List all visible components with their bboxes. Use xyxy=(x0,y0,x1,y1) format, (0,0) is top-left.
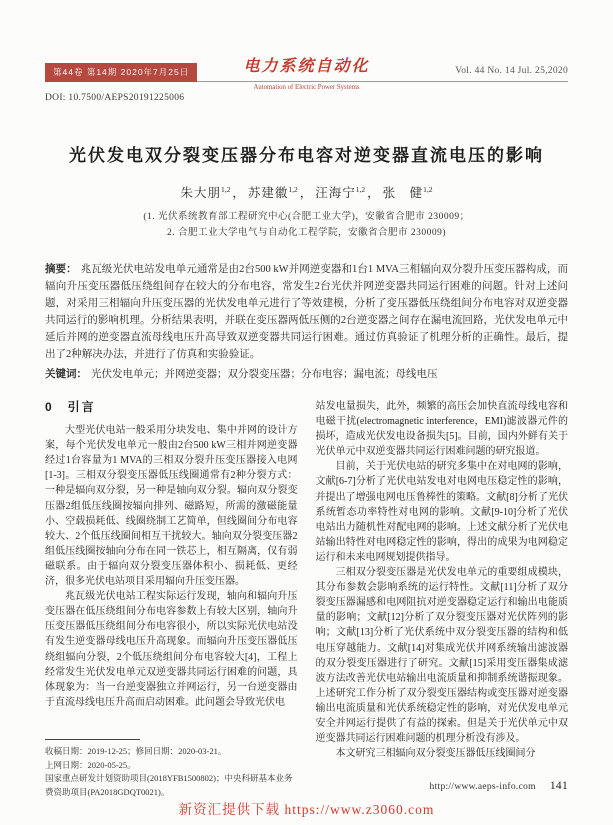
author-name: 朱大朋 xyxy=(180,186,221,200)
volume-info: Vol. 44 No. 14 Jul. 25,2020 xyxy=(455,66,568,76)
author-affil-sup: 1,2 xyxy=(423,185,432,194)
download-watermark: 新资汇提供下载 https://www.z3060.com xyxy=(0,798,613,818)
abstract-label: 摘要： xyxy=(45,263,77,275)
doi-text: DOI: 10.7500/AEPS20191225006 xyxy=(45,93,568,103)
body-paragraph: 本文研究三相辐向双分裂变压器低压线圈间分 xyxy=(316,746,569,761)
author-name: 张 健 xyxy=(383,186,424,200)
author-line: 朱大朋1,2，苏建徽1,2，汪海宁1,2，张 健1,2 xyxy=(45,183,568,201)
page-number: 141 xyxy=(550,780,568,792)
footnote-rule xyxy=(45,739,140,740)
body-paragraph: 三相双分裂变压器是光伏发电单元的重要组成模块，其分布参数会影响系统的运行特性。文… xyxy=(316,565,569,746)
author-name: 苏建徽 xyxy=(248,186,289,200)
keywords-text: 光伏发电单元；并网逆变器；双分裂变压器；分布电容；漏电流；母线电压 xyxy=(91,369,438,380)
footnote-funding: 国家重点研发计划资助项目(2018YFB1500802)；中央科研基本业务费资助… xyxy=(45,772,298,799)
section-heading: 0 引言 xyxy=(45,400,298,415)
affiliation-line-1: (1. 光伏系统教育部工程研究中心(合肥工业大学)，安徽省合肥市 230009； xyxy=(45,209,568,225)
journal-name-en: Automation of Electric Power Systems xyxy=(248,83,364,93)
body-paragraph: 兆瓦级光伏电站工程实际运行发现，轴向和辐向升压变压器在低压绕组间分布电容参数上有… xyxy=(45,589,298,710)
footnote-received-date: 收稿日期：2019-12-25；修回日期：2020-03-21。 xyxy=(45,745,298,759)
paper-title: 光伏发电双分裂变压器分布电容对逆变器直流电压的影响 xyxy=(45,141,568,166)
page-footer: http://www.aeps-info.com141 xyxy=(430,780,568,792)
abstract-text: 兆瓦级光伏电站发电单元通常是由2台500 kW并网逆变器和1台1 MVA三相辐向… xyxy=(45,264,568,360)
author-separator: ， xyxy=(300,186,314,200)
author-affil-sup: 1,2 xyxy=(288,185,297,194)
footnote-online-date: 上网日期：2020-05-25。 xyxy=(45,759,298,773)
author-separator: ， xyxy=(232,186,246,200)
issue-info-badge: 第44卷 第14期 2020年7月25日 xyxy=(45,63,197,82)
author-affil-sup: 1,2 xyxy=(221,185,230,194)
paper-page: 第44卷 第14期 2020年7月25日 电力系统自动化 Automation … xyxy=(0,0,613,825)
abstract: 摘要：兆瓦级光伏电站发电单元通常是由2台500 kW并网逆变器和1台1 MVA三… xyxy=(45,261,568,363)
keywords: 关键词：光伏发电单元；并网逆变器；双分裂变压器；分布电容；漏电流；母线电压 xyxy=(45,366,568,383)
author-name: 汪海宁 xyxy=(315,186,356,200)
left-column: 0 引言 大型光伏电站一般采用分块发电、集中并网的设计方案，每个光伏发电单元一般… xyxy=(45,399,298,799)
body-columns: 0 引言 大型光伏电站一般采用分块发电、集中并网的设计方案，每个光伏发电单元一般… xyxy=(45,399,568,799)
author-affil-sup: 1,2 xyxy=(356,185,365,194)
footnote: 收稿日期：2019-12-25；修回日期：2020-03-21。 上网日期：20… xyxy=(45,735,298,799)
journal-name-cn: 电力系统自动化 xyxy=(243,58,369,76)
body-paragraph: 站发电量损失，此外，频繁的高压会加快直流母线电容和电磁干扰(electromag… xyxy=(316,399,569,459)
body-paragraph: 目前，关于光伏电站的研究多集中在对电网的影响，文献[6-7]分析了光伏电站发电对… xyxy=(316,459,569,565)
body-paragraph: 大型光伏电站一般采用分块发电、集中并网的设计方案，每个光伏发电单元一般由2台50… xyxy=(45,423,298,589)
journal-logo: 电力系统自动化 Automation of Electric Power Sys… xyxy=(243,58,369,94)
affiliation-line-2: 2. 合肥工业大学电气与自动化工程学院，安徽省合肥市 230009) xyxy=(45,225,568,241)
journal-url: http://www.aeps-info.com xyxy=(430,782,536,792)
journal-header: 第44卷 第14期 2020年7月25日 电力系统自动化 Automation … xyxy=(45,62,568,86)
affiliations: (1. 光伏系统教育部工程研究中心(合肥工业大学)，安徽省合肥市 230009；… xyxy=(45,209,568,241)
author-separator: ， xyxy=(367,186,381,200)
right-column: 站发电量损失，此外，频繁的高压会加快直流母线电容和电磁干扰(electromag… xyxy=(316,399,569,799)
keywords-label: 关键词： xyxy=(45,368,87,380)
